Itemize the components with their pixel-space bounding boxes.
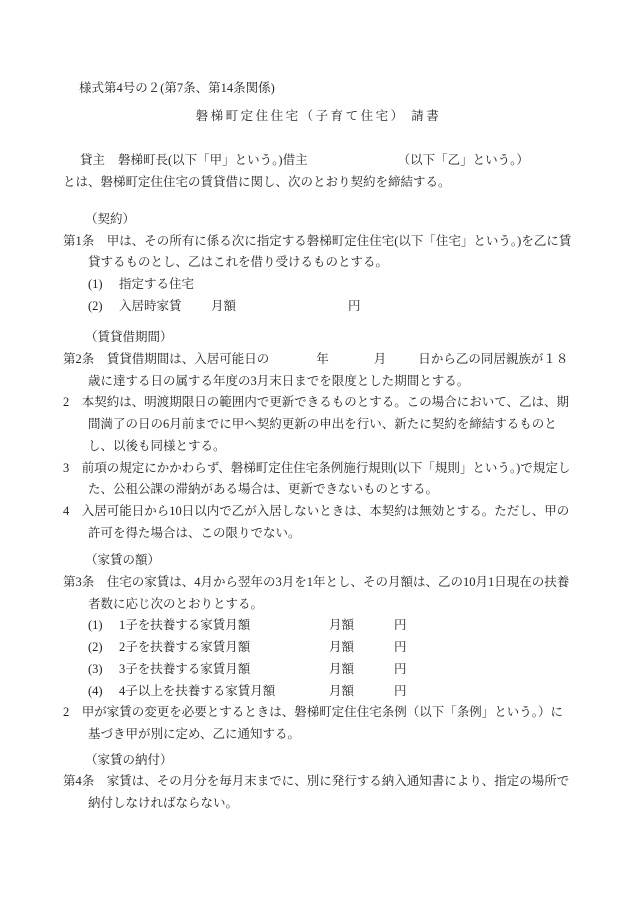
document-title: 磐梯町定住住宅（子育て住宅） 請書: [63, 106, 574, 128]
article3-body: 第3条 住宅の家賃は、4月から翌年の3月を1年とし、その月額は、乙の10月1日現…: [63, 572, 574, 615]
item-number: (2): [88, 296, 119, 318]
article3-heading: （家賃の額）: [63, 550, 574, 572]
parties-line: 貸主磐梯町長(以下「甲」という。)借主（以下「乙」という。）: [63, 150, 574, 172]
lessor-name: 磐梯町長(以下「甲」という。): [118, 153, 283, 167]
item-number: (1): [88, 615, 119, 637]
article2-paragraph-2: 2 本契約は、明渡期限日の範囲内で更新できるものとする。この場合において、乙は、…: [63, 392, 574, 457]
item-label: 4子以上を扶養する家賃月額: [119, 681, 329, 703]
lessee-suffix: （以下「乙」という。）: [398, 153, 529, 167]
monthly-label: 月額: [329, 684, 354, 698]
preamble-body: とは、磐梯町定住住宅の賃貸借に関し、次のとおり契約を締結する。: [63, 172, 574, 194]
article4-heading: （家賃の納付）: [63, 750, 574, 772]
article3-item-4: (4)4子以上を扶養する家賃月額月額円: [63, 681, 574, 703]
article1-heading: （契約）: [63, 209, 574, 231]
article1-item-1: (1)指定する住宅: [63, 274, 574, 296]
form-number: 様式第4号の２(第7条、第14条関係): [63, 78, 574, 100]
yen-label: 円: [394, 618, 407, 632]
article3-item-1: (1)1子を扶養する家賃月額月額円: [63, 615, 574, 637]
item-number: (3): [88, 659, 119, 681]
article3-paragraph-2: 2 甲が家賃の変更を必要とするときは、磐梯町定住住宅条例（以下「条例」という。）…: [63, 702, 574, 745]
article1-body: 第1条 甲は、その所有に係る次に指定する磐梯町定住住宅(以下「住宅」という。)を…: [63, 231, 574, 274]
article1-item-2: (2)入居時家賃月額円: [63, 296, 574, 318]
item-label: 1子を扶養する家賃月額: [119, 615, 329, 637]
article2-p1-prefix: 第2条 賃貸借期間は、入居可能日の: [63, 352, 269, 366]
article2-heading: （賃貸借期間）: [63, 327, 574, 349]
year-label: 年: [316, 352, 329, 366]
yen-label: 円: [394, 684, 407, 698]
item-number: (2): [88, 637, 119, 659]
monthly-label: 月額: [329, 640, 354, 654]
day-label: 日: [418, 352, 431, 366]
lessee-label: 借主: [283, 153, 308, 167]
yen-label: 円: [394, 640, 407, 654]
item-label: 入居時家賃: [119, 296, 211, 318]
article2-paragraph-3: 3 前項の規定にかかわらず、磐梯町定住住宅条例施行規則(以下「規則」という。)で…: [63, 458, 574, 501]
month-label: 月: [374, 352, 387, 366]
document-page: 様式第4号の２(第7条、第14条関係) 磐梯町定住住宅（子育て住宅） 請書 貸主…: [0, 0, 630, 903]
item-label: 指定する住宅: [119, 277, 194, 291]
item-label: 2子を扶養する家賃月額: [119, 637, 329, 659]
yen-label: 円: [394, 662, 407, 676]
monthly-label: 月額: [329, 618, 354, 632]
monthly-label: 月額: [329, 662, 354, 676]
article2-paragraph-1: 第2条 賃貸借期間は、入居可能日の年月日から乙の同居親族が１８歳に達する日の属す…: [63, 349, 574, 392]
yen-label: 円: [348, 299, 361, 313]
item-number: (1): [88, 274, 119, 296]
article3-item-3: (3)3子を扶養する家賃月額月額円: [63, 659, 574, 681]
article4-body: 第4条 家賃は、その月分を毎月末までに、別に発行する納入通知書により、指定の場所…: [63, 771, 574, 814]
item-number: (4): [88, 681, 119, 703]
article3-item-2: (2)2子を扶養する家賃月額月額円: [63, 637, 574, 659]
lessor-label: 貸主: [80, 153, 105, 167]
monthly-label: 月額: [211, 299, 236, 313]
item-label: 3子を扶養する家賃月額: [119, 659, 329, 681]
article2-paragraph-4: 4 入居可能日から10日以内で乙が入居しないときは、本契約は無効とする。ただし、…: [63, 501, 574, 544]
